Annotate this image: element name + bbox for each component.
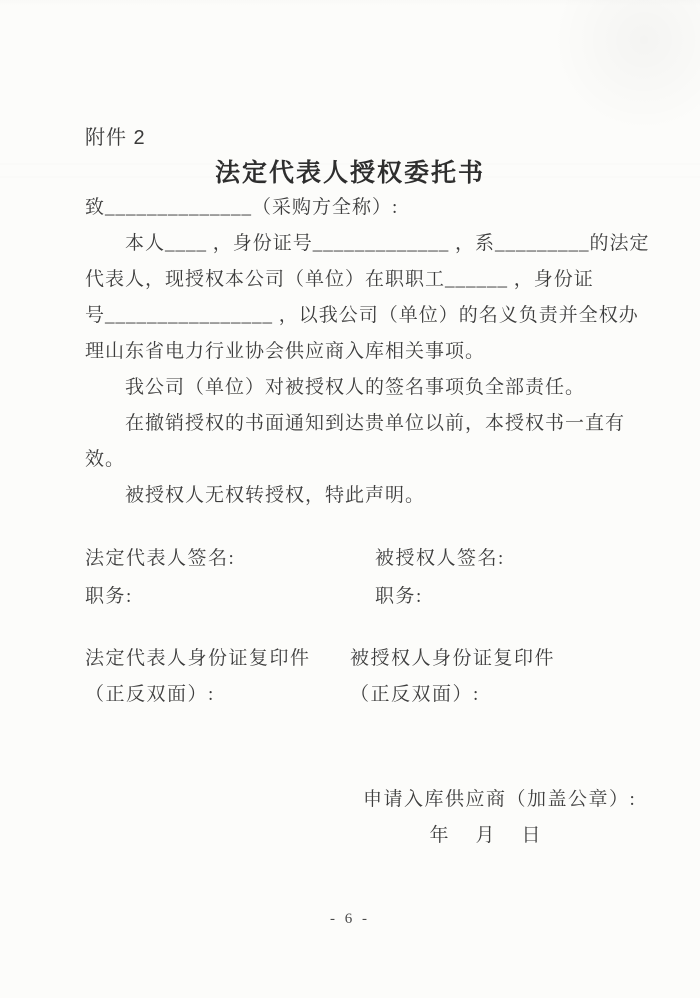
date-line: 年 月 日 <box>363 820 611 847</box>
body-line: 效。 <box>85 442 630 478</box>
authorized-person-signature-label: 被授权人签名: <box>375 543 505 570</box>
duty-row: 职务: 职务: <box>85 581 630 608</box>
document-title: 法定代表人授权委托书 <box>0 153 700 189</box>
id-copy-row: 法定代表人身份证复印件 被授权人身份证复印件 <box>85 643 630 670</box>
salutation-line: 致______________（采购方全称）: <box>85 190 630 226</box>
legal-rep-duty-label: 职务: <box>85 586 133 607</box>
scanned-document-page: 附件 2 法定代表人授权委托书 致______________（采购方全称）: … <box>0 0 700 998</box>
body-line: 我公司（单位）对被授权人的签名事项负全部责任。 <box>85 370 630 406</box>
legal-rep-id-copy-label: 法定代表人身份证复印件 <box>85 648 311 669</box>
body-line: 本人____ ，身份证号_____________ ，系_________的法定 <box>85 226 630 262</box>
body-line: 理山东省电力行业协会供应商入库相关事项。 <box>85 334 630 370</box>
legal-rep-signature-label: 法定代表人签名: <box>85 548 235 569</box>
authorized-person-id-copy-sides-label: （正反双面）: <box>350 679 480 706</box>
body-line: 被授权人无权转授权，特此声明。 <box>85 478 630 514</box>
body-line: 号________________ ，以我公司（单位）的名义负责并全权办 <box>85 298 630 334</box>
document-body: 致______________（采购方全称）: 本人____ ，身份证号____… <box>85 190 630 514</box>
legal-rep-id-copy-sides-label: （正反双面）: <box>85 684 215 705</box>
attachment-label: 附件 2 <box>85 121 146 150</box>
id-copy-sides-row: （正反双面）: （正反双面）: <box>85 679 630 706</box>
authorized-person-id-copy-label: 被授权人身份证复印件 <box>350 643 555 670</box>
authorized-person-duty-label: 职务: <box>375 581 423 608</box>
body-line: 代表人，现授权本公司（单位）在职职工______ ，身份证 <box>85 262 630 298</box>
signature-row: 法定代表人签名: 被授权人签名: <box>85 543 630 570</box>
page-number: - 6 - <box>0 911 700 928</box>
supplier-seal-line: 申请入库供应商（加盖公章）: <box>363 784 636 811</box>
body-line: 在撤销授权的书面通知到达贵单位以前，本授权书一直有 <box>85 406 630 442</box>
